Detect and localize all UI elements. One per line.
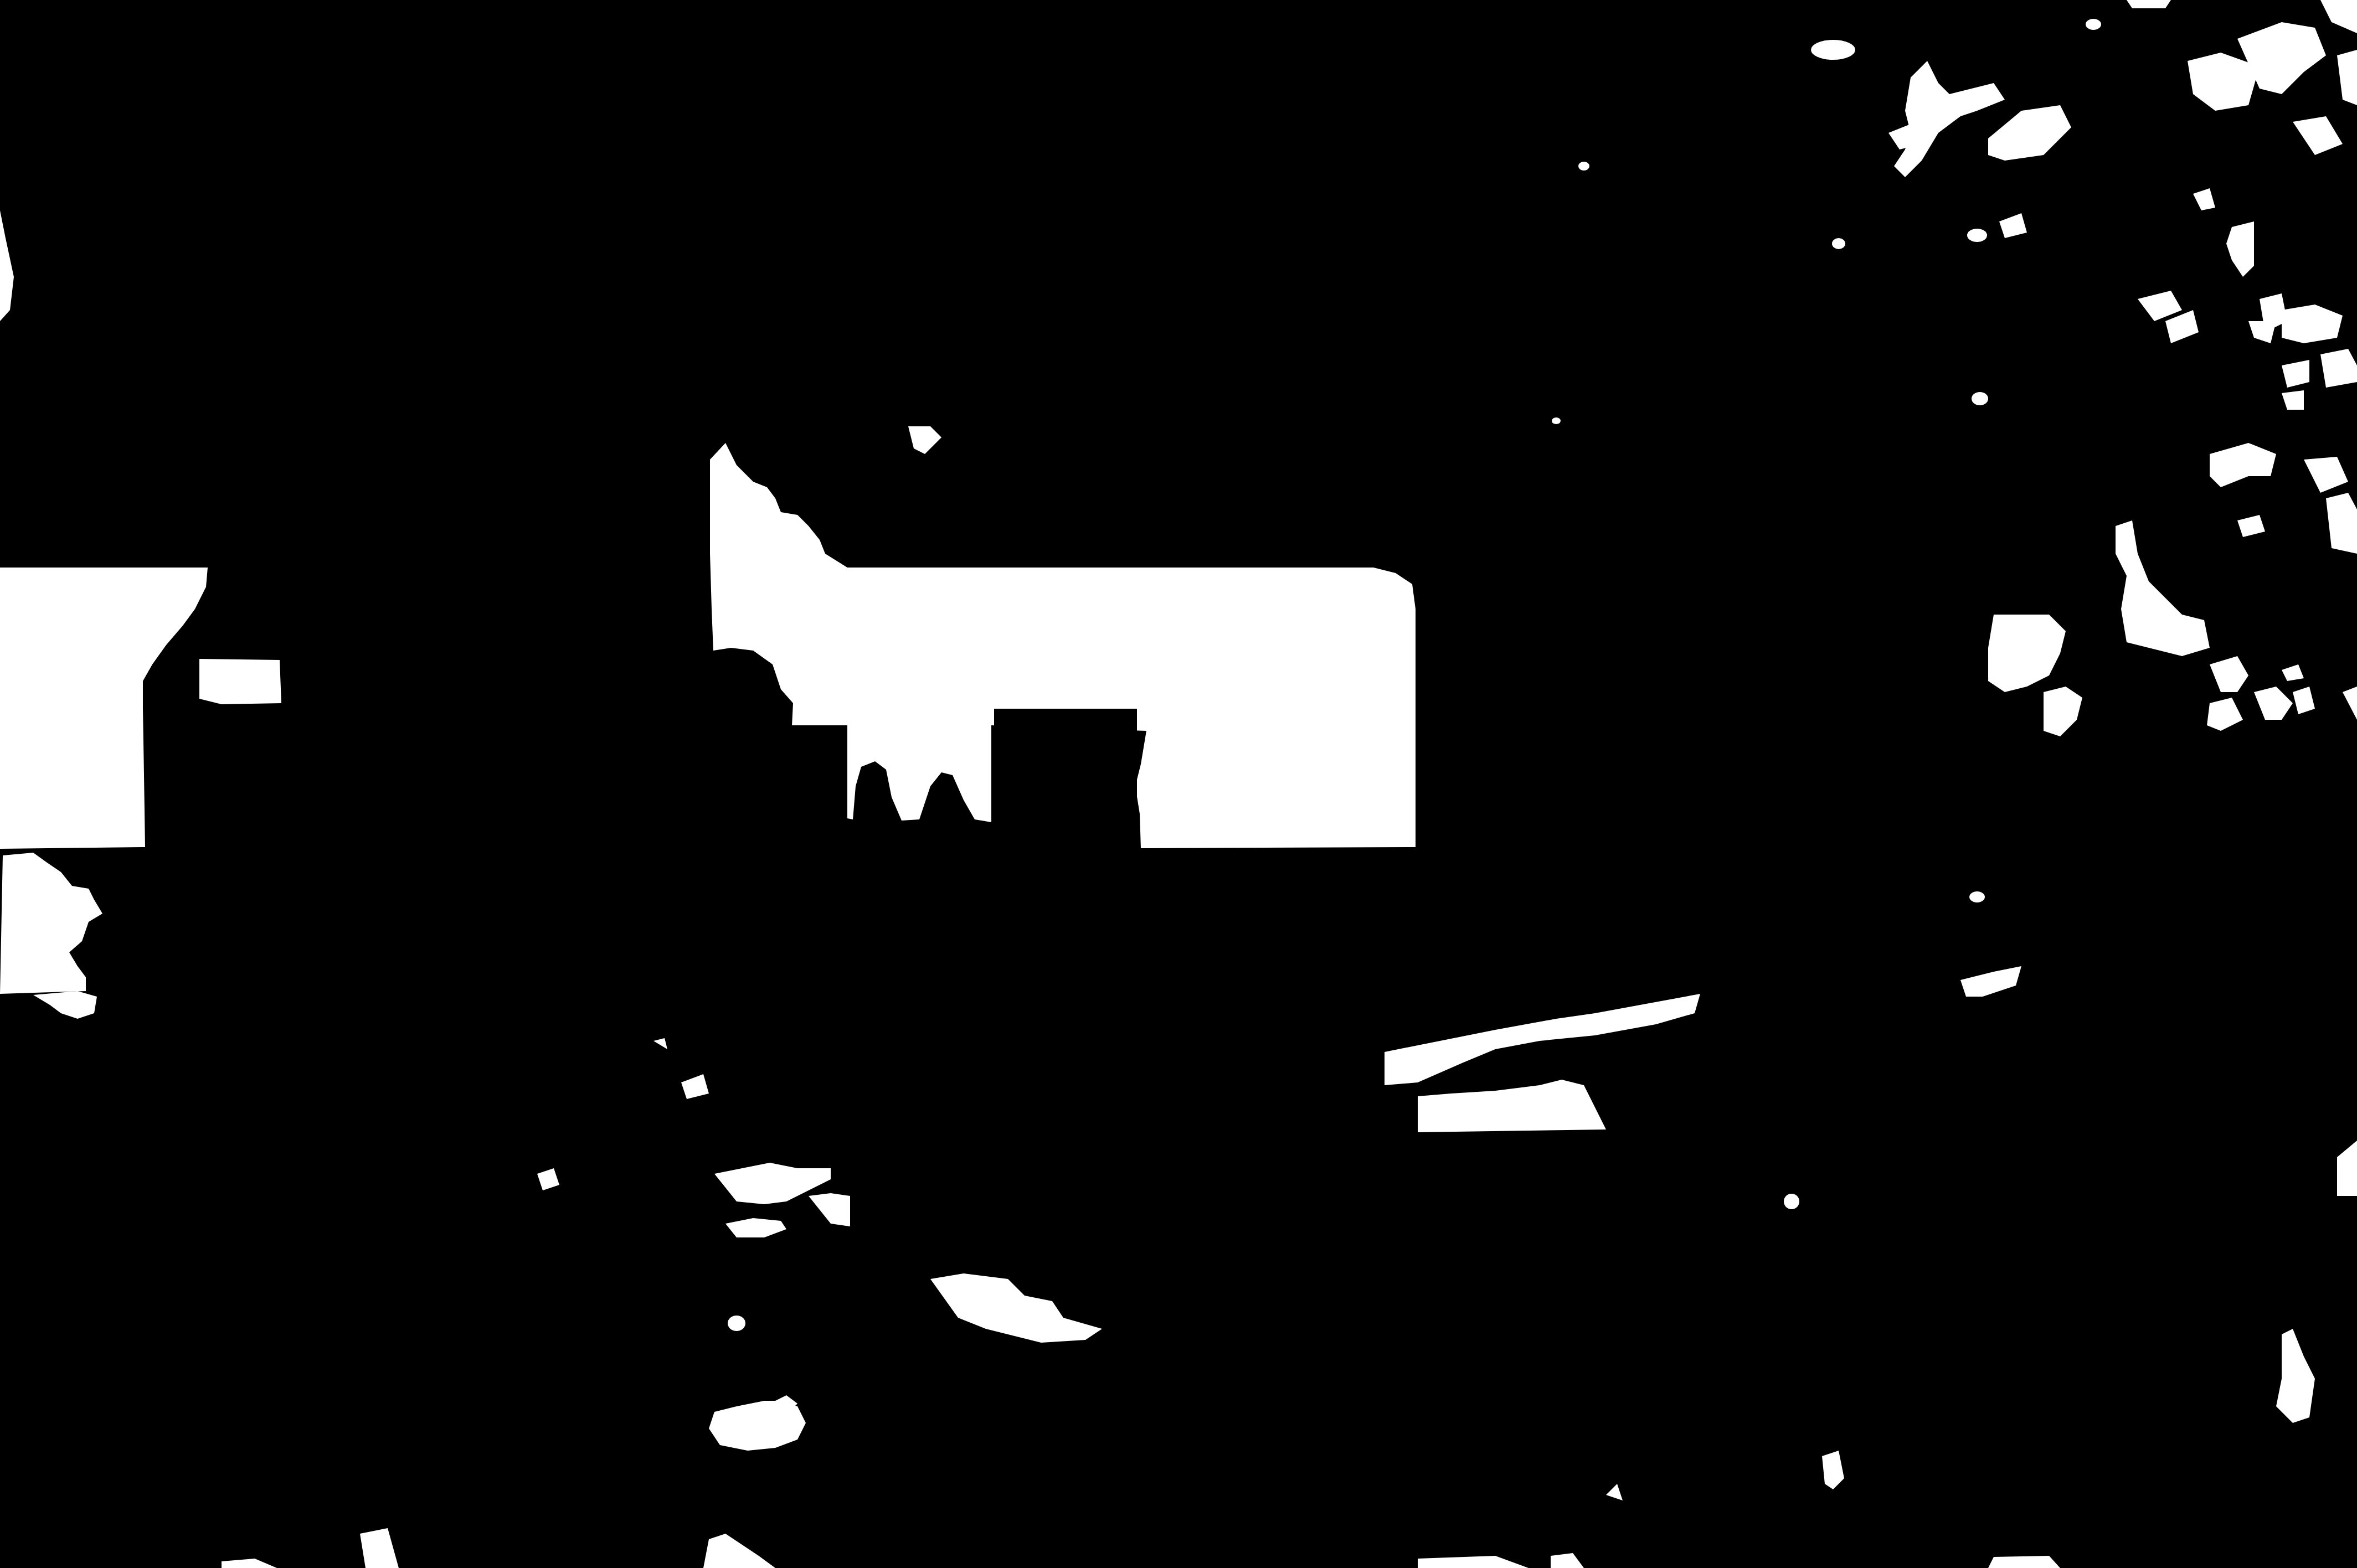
segmentation-mask [0,0,2357,1568]
doorway [994,709,1137,853]
